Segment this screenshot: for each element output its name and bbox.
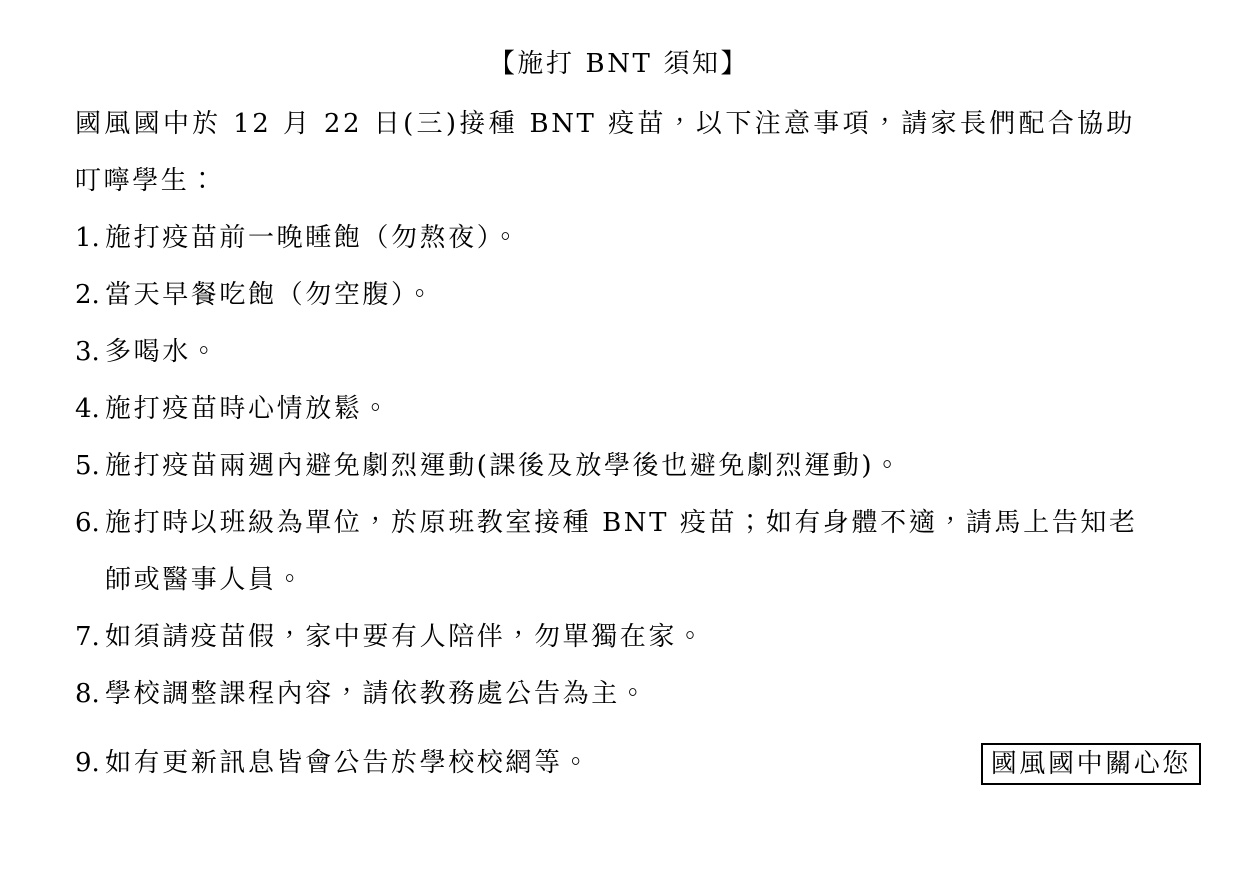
list-item-text: 當天早餐吃飽（勿空腹）。 xyxy=(105,267,1163,324)
list-item-text: 施打時以班級為單位，於原班教室接種 BNT 疫苗；如有身體不適，請馬上告知老師或… xyxy=(105,495,1163,609)
list-item-number: 1. xyxy=(75,210,105,267)
last-row: 9. 如有更新訊息皆會公告於學校校網等。 國風國中關心您 xyxy=(75,735,1163,792)
list-item-number: 9. xyxy=(75,735,105,792)
list-item-text: 學校調整課程內容，請依教務處公告為主。 xyxy=(105,666,1163,723)
list-item-text: 多喝水。 xyxy=(105,324,1163,381)
list-item-4: 4. 施打疫苗時心情放鬆。 xyxy=(75,381,1163,438)
notice-list: 1. 施打疫苗前一晚睡飽（勿熬夜）。 2. 當天早餐吃飽（勿空腹）。 3. 多喝… xyxy=(75,210,1163,723)
footer-box: 國風國中關心您 xyxy=(981,743,1201,785)
page-title: 【施打 BNT 須知】 xyxy=(75,44,1163,84)
intro-paragraph: 國風國中於 12 月 22 日(三)接種 BNT 疫苗，以下注意事項，請家長們配… xyxy=(75,96,1135,210)
list-item-text: 如須請疫苗假，家中要有人陪伴，勿單獨在家。 xyxy=(105,609,1163,666)
list-item-8: 8. 學校調整課程內容，請依教務處公告為主。 xyxy=(75,666,1163,723)
list-item-number: 8. xyxy=(75,666,105,723)
list-item-number: 6. xyxy=(75,495,105,552)
list-item-2: 2. 當天早餐吃飽（勿空腹）。 xyxy=(75,267,1163,324)
list-item-6: 6. 施打時以班級為單位，於原班教室接種 BNT 疫苗；如有身體不適，請馬上告知… xyxy=(75,495,1163,609)
list-item-number: 2. xyxy=(75,267,105,324)
document-page: 【施打 BNT 須知】 國風國中於 12 月 22 日(三)接種 BNT 疫苗，… xyxy=(0,0,1241,874)
list-item-number: 3. xyxy=(75,324,105,381)
list-item-1: 1. 施打疫苗前一晚睡飽（勿熬夜）。 xyxy=(75,210,1163,267)
list-item-text: 施打疫苗兩週內避免劇烈運動(課後及放學後也避免劇烈運動)。 xyxy=(105,438,1163,495)
list-item-text: 施打疫苗前一晚睡飽（勿熬夜）。 xyxy=(105,210,1163,267)
list-item-5: 5. 施打疫苗兩週內避免劇烈運動(課後及放學後也避免劇烈運動)。 xyxy=(75,438,1163,495)
list-item-3: 3. 多喝水。 xyxy=(75,324,1163,381)
list-item-number: 4. xyxy=(75,381,105,438)
list-item-number: 7. xyxy=(75,609,105,666)
list-item-text: 施打疫苗時心情放鬆。 xyxy=(105,381,1163,438)
list-item-7: 7. 如須請疫苗假，家中要有人陪伴，勿單獨在家。 xyxy=(75,609,1163,666)
list-item-number: 5. xyxy=(75,438,105,495)
